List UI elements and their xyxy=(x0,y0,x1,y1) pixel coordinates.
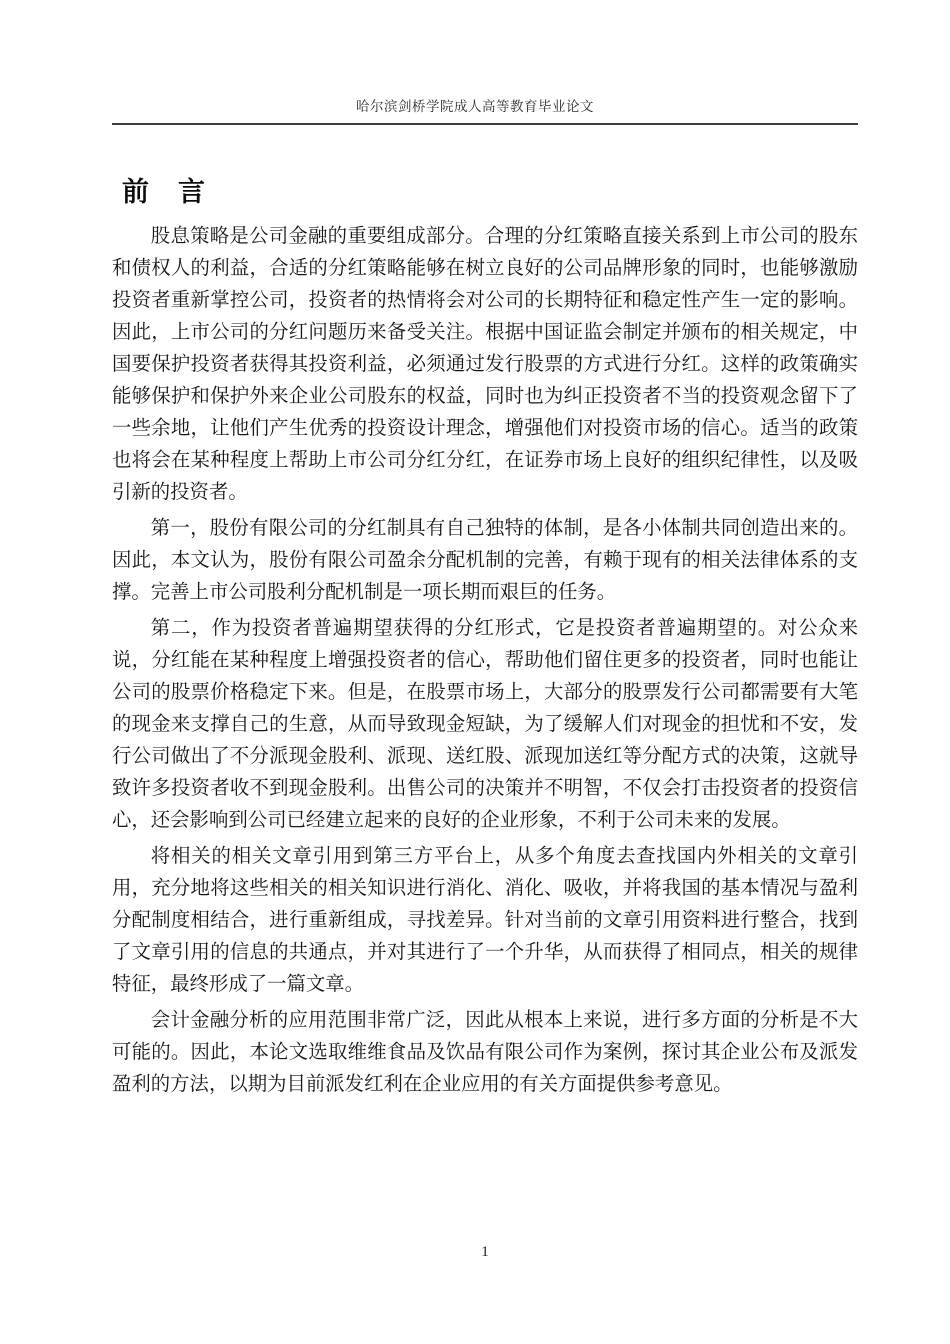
paragraphs: 股息策略是公司金融的重要组成部分。合理的分红策略直接关系到上市公司的股东和债权人… xyxy=(112,221,858,1105)
paragraph: 第二，作为投资者普遍期望获得的分红形式，它是投资者普遍期望的。对公众来说，分红能… xyxy=(112,613,858,837)
header-rule xyxy=(112,123,858,125)
page-number: 1 xyxy=(112,1243,858,1261)
running-header: 哈尔滨剑桥学院成人高等教育毕业论文 xyxy=(0,99,950,115)
paragraph: 第一，股份有限公司的分红制具有自己独特的体制，是各小体制共同创造出来的。因此，本… xyxy=(112,513,858,609)
paragraph: 将相关的相关文章引用到第三方平台上，从多个角度去查找国内外相关的文章引用，充分地… xyxy=(112,841,858,1001)
paragraph: 会计金融分析的应用范围非常广泛，因此从根本上来说，进行多方面的分析是不大可能的。… xyxy=(112,1005,858,1101)
document-page: 哈尔滨剑桥学院成人高等教育毕业论文 前 言 股息策略是公司金融的重要组成部分。合… xyxy=(0,0,950,1344)
paragraph: 股息策略是公司金融的重要组成部分。合理的分红策略直接关系到上市公司的股东和债权人… xyxy=(112,221,858,509)
page-title: 前 言 xyxy=(122,176,206,208)
